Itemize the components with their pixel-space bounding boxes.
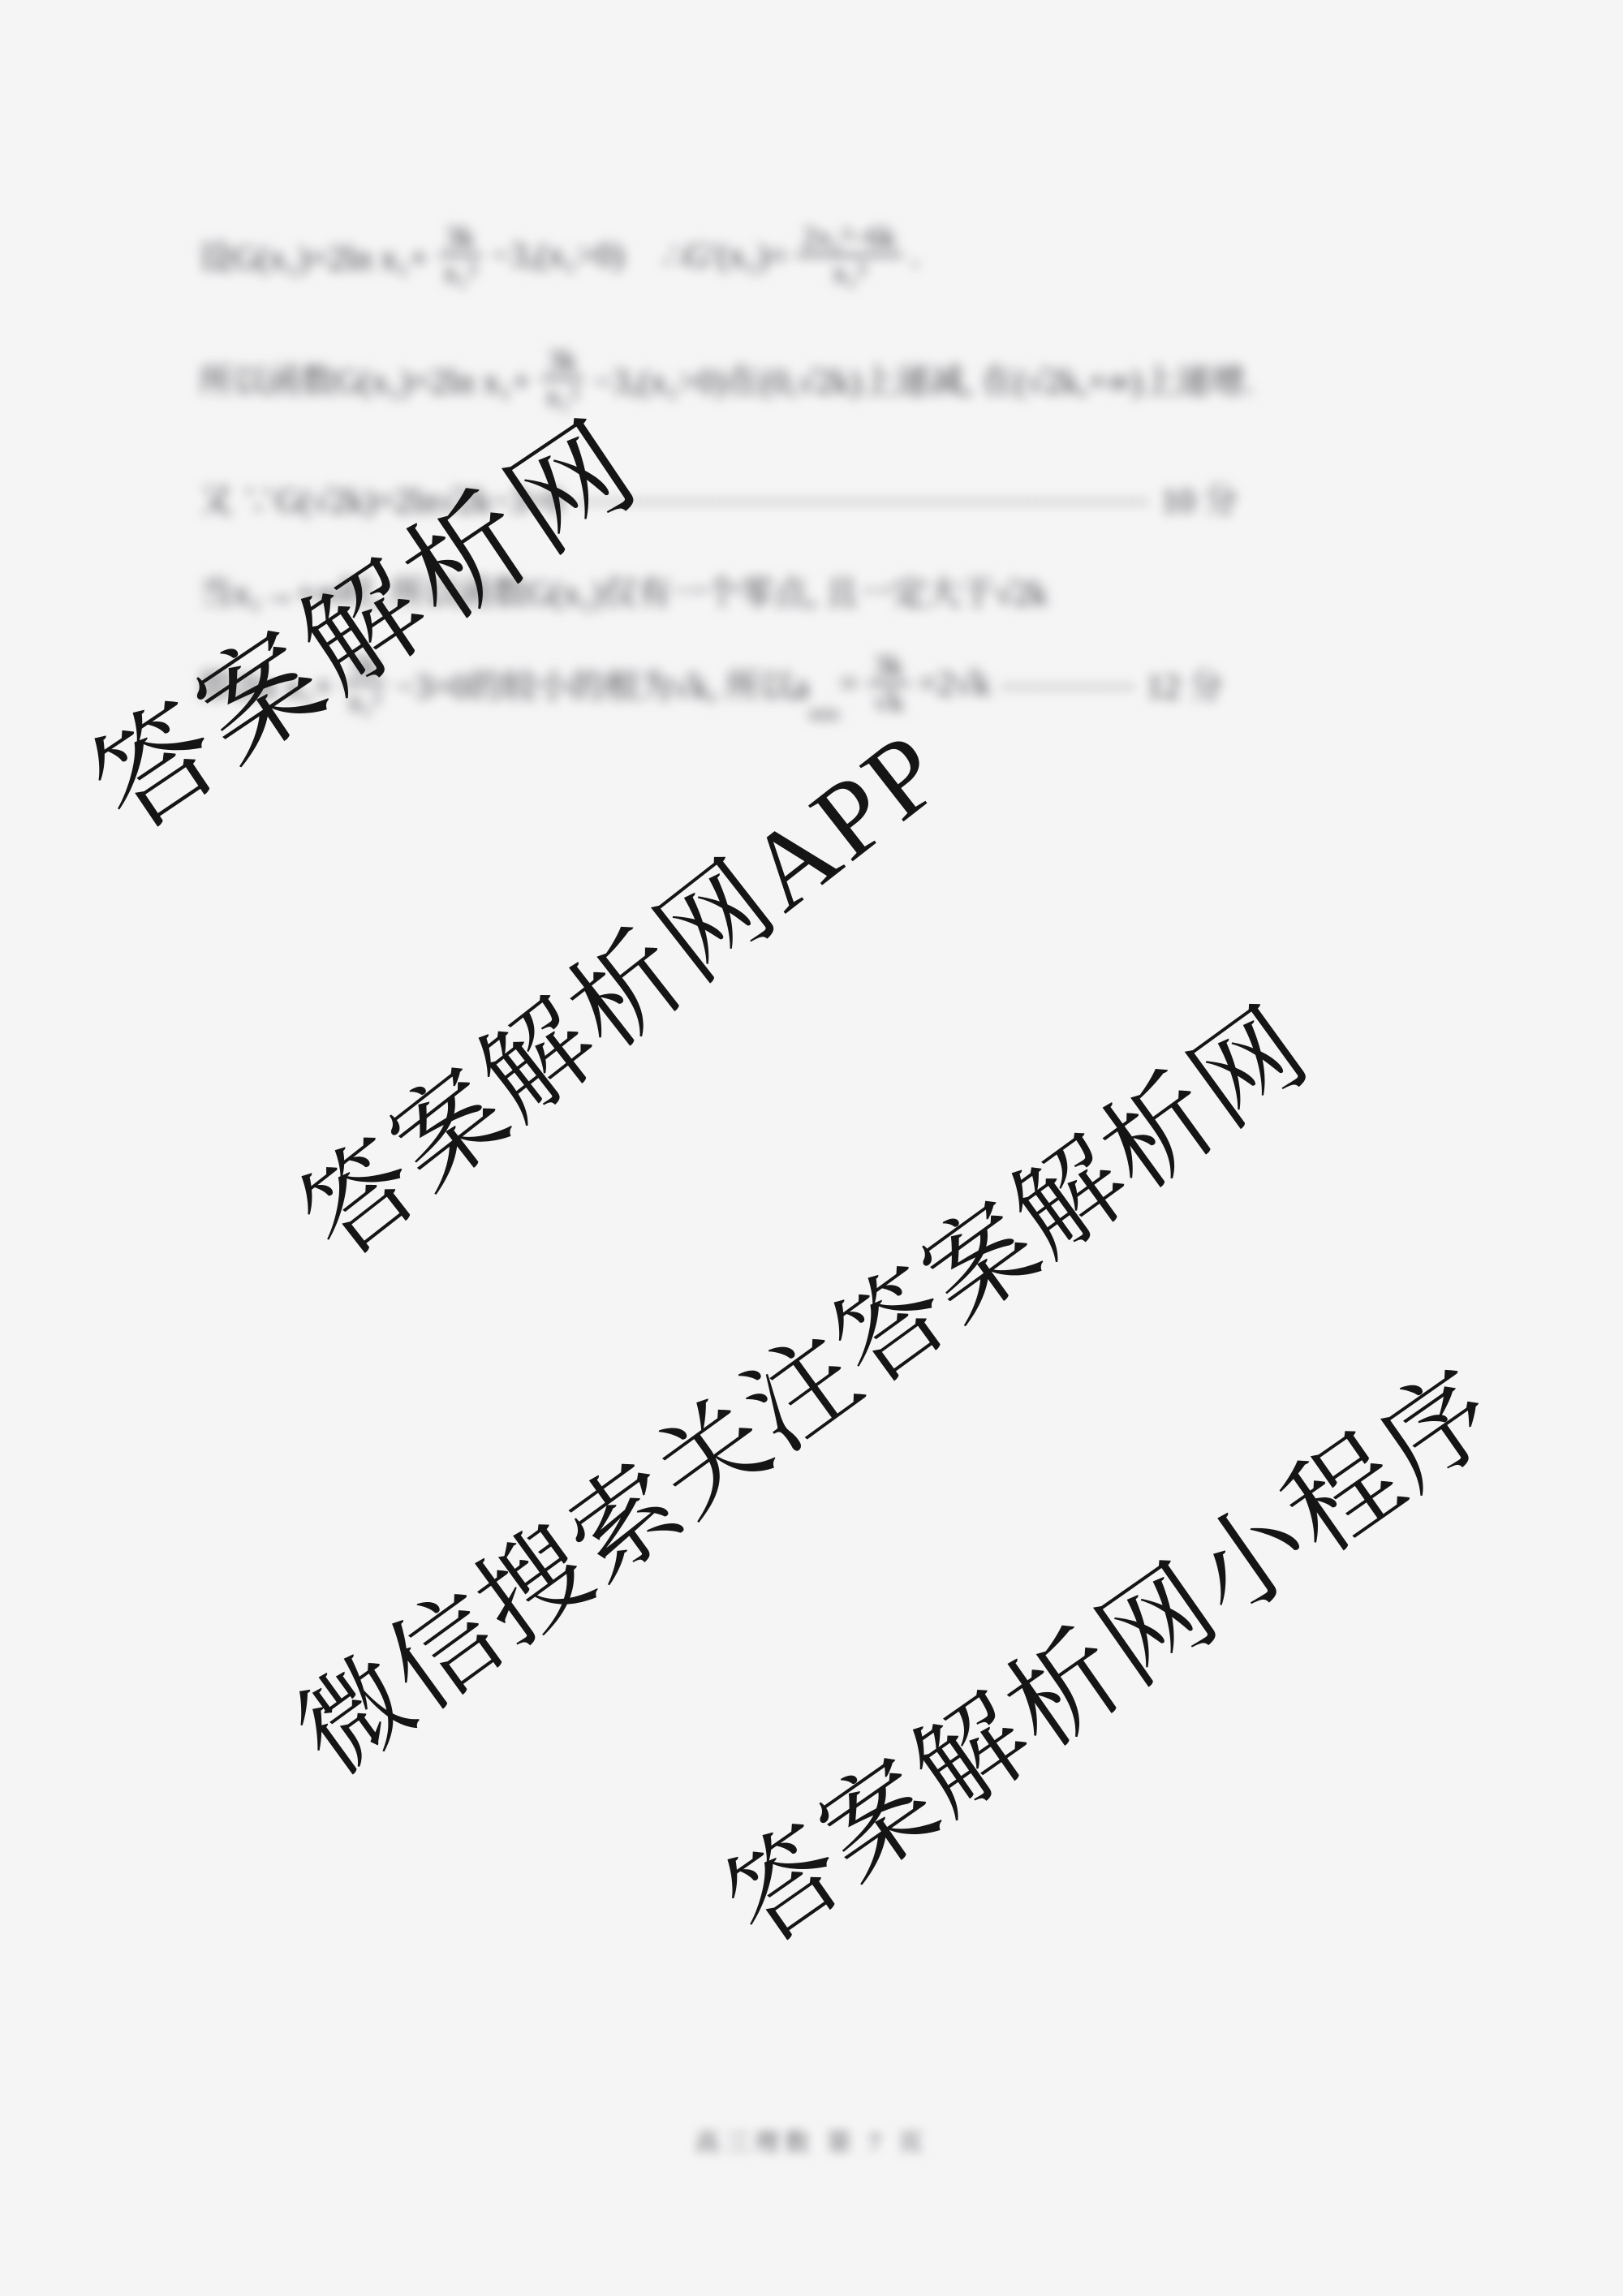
fraction-numerator: 3k <box>439 221 481 256</box>
solution-line-2: 所以函数G(x₁)=2ln x₁+ 3k x₁² −3,(x₁>0)在(0,√2… <box>199 344 1253 414</box>
document-page: 设G(x₁)=2ln x₁+ 3k x₁² −3,(x₁>0) ∴G′(x₁)=… <box>0 0 1623 2296</box>
math-text: 所以函数G(x₁)=2ln x₁+ <box>199 355 531 403</box>
math-text: −3,(x₁>0)在(0,√2k)上递减, 在(√2k,+∞)上递增. <box>593 355 1253 403</box>
fraction-denominator: x₁² <box>437 256 483 290</box>
dotted-leader <box>577 500 1148 504</box>
fraction-numerator: 3k <box>867 649 910 685</box>
solution-line-1: 设G(x₁)=2ln x₁+ 3k x₁² −3,(x₁>0) ∴G′(x₁)=… <box>199 221 919 291</box>
page-footer: 高三理数 第 7 页 <box>695 2122 928 2158</box>
fraction-denominator: x₁³ <box>826 256 872 290</box>
math-text: = <box>839 665 859 704</box>
watermark-app: 答案解析网APP <box>284 713 962 1276</box>
math-text: ∴G′(x₁)= <box>663 235 788 276</box>
fraction: 3k √k <box>867 649 911 719</box>
math-text: −3,(x₁>0) <box>491 236 624 275</box>
fraction: 3k x₁² <box>437 221 483 291</box>
watermark-site-name: 答案解析网 <box>75 403 659 851</box>
dotted-leader <box>1003 685 1133 689</box>
score-label: 12 分 <box>1146 660 1223 709</box>
score-label: 10 分 <box>1160 474 1238 523</box>
fraction: 2x₁²−6k x₁³ <box>796 221 903 291</box>
fraction-numerator: 2x₁²−6k <box>796 221 903 256</box>
math-text: −3=0的较小的根为√k, 所以a <box>396 660 809 709</box>
math-text: . <box>911 236 919 275</box>
math-text: =2√k <box>919 665 991 704</box>
solution-line-3: 又 ∵G(√2k)=2ln√2k−3=0 10 分 <box>199 474 1238 523</box>
fraction-numerator: 3k <box>541 344 583 380</box>
subscript-min: min <box>809 704 839 726</box>
math-text: 设G(x₁)=2ln x₁+ <box>199 231 428 280</box>
